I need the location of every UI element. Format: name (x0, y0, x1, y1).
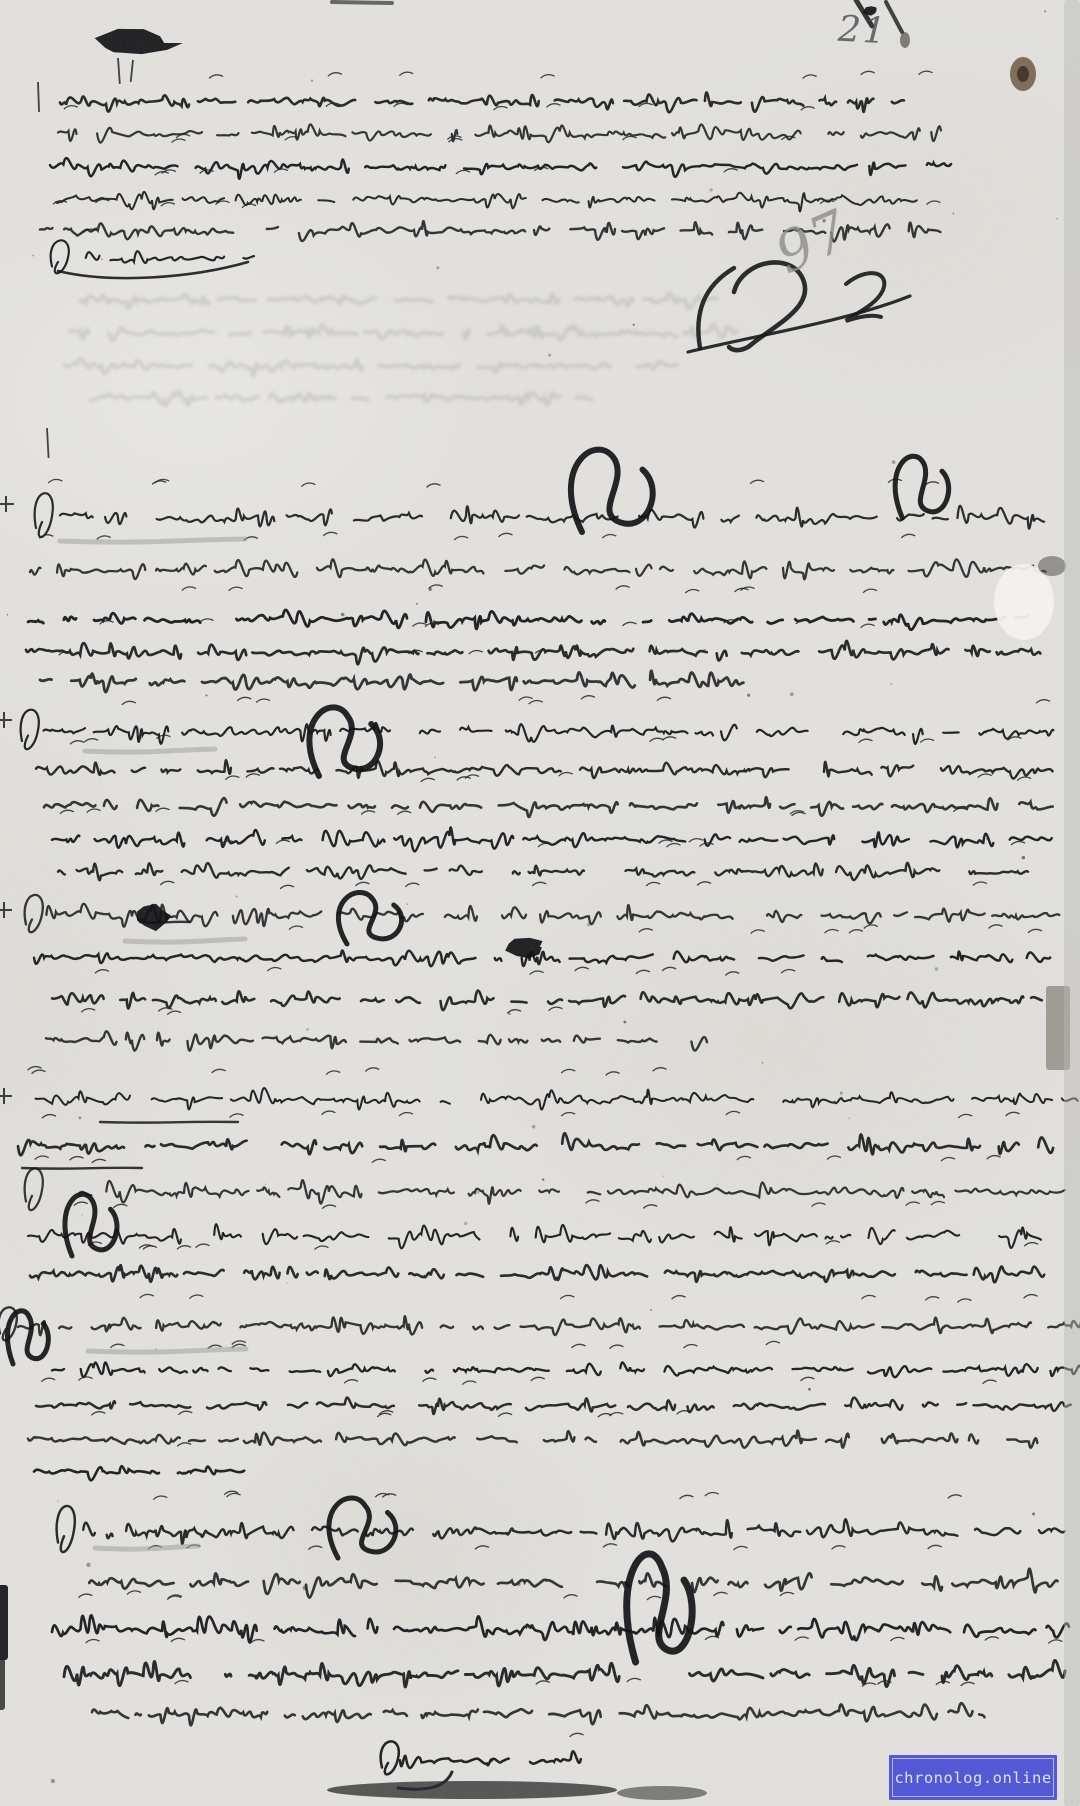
page-number: 21 (837, 9, 889, 53)
manuscript-page: 21 97 chronolog.online (0, 0, 1080, 1806)
watermark-text: chronolog.online (894, 1769, 1051, 1787)
paper-texture (0, 0, 1080, 1806)
handwriting-layer (0, 0, 1080, 1806)
watermark-badge: chronolog.online (889, 1755, 1057, 1800)
